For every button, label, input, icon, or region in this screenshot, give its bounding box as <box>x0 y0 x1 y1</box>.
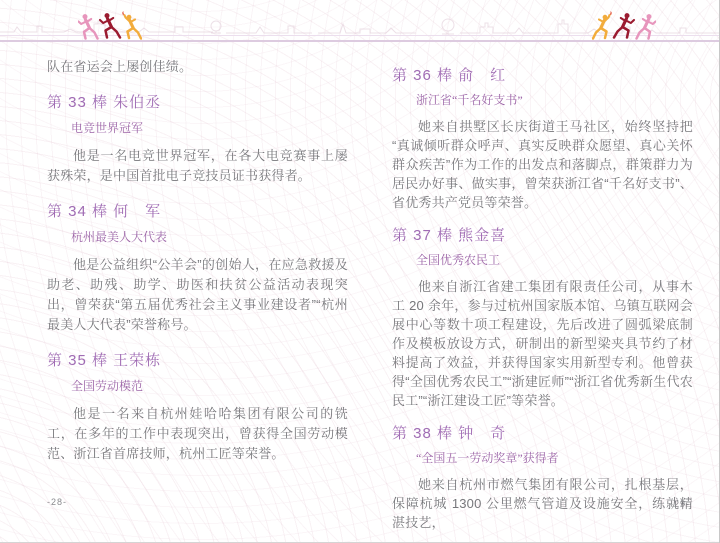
page-header-band <box>0 0 720 46</box>
section-subtitle-37: 全国优秀农民工 <box>416 254 693 267</box>
section-title-34: 第 34 棒 何 军 <box>47 204 348 220</box>
torch-relay-runners-icon <box>592 11 656 42</box>
torch-relay-runners-icon-mirrored <box>78 11 142 42</box>
section-subtitle-36: 浙江省“千名好支书” <box>416 94 693 107</box>
right-page-column: 第 36 棒 俞 红 浙江省“千名好支书” 她来自拱墅区长庆街道王马社区，始终坚… <box>392 52 693 532</box>
torch-flame-icon <box>610 11 612 15</box>
section-title-33: 第 33 棒 朱伯丞 <box>47 95 348 111</box>
book-spread: { "document": { "left_page": { "page_num… <box>0 0 720 543</box>
section-body-34: 他是公益组织“公羊会”的创始人，在应急救援及助老、助残、助学、助医和扶贫公益活动… <box>47 255 348 335</box>
page-number-right: -29- <box>670 499 690 509</box>
torch-flame-icon <box>122 11 124 15</box>
section-body-36: 她来自拱墅区长庆街道王马社区，始终坚持把“真诚倾听群众呼声、真实反映群众愿望、真… <box>392 117 693 212</box>
section-body-38: 她来自杭州市燃气集团有限公司，扎根基层，保障杭城 1300 公里燃气管道及设施安… <box>392 475 693 532</box>
section-body-37: 他来自浙江省建工集团有限责任公司，从事木工 20 余年，参与过杭州国家版本馆、乌… <box>392 277 693 410</box>
section-title-36: 第 36 棒 俞 红 <box>392 68 693 84</box>
section-subtitle-33: 电竞世界冠军 <box>71 122 348 135</box>
paragraph-continuation: 队在省运会上屡创佳绩。 <box>47 57 348 77</box>
section-subtitle-34: 杭州最美人大代表 <box>71 231 348 244</box>
section-title-38: 第 38 棒 钟 奇 <box>392 426 693 442</box>
section-subtitle-35: 全国劳动模范 <box>71 380 348 393</box>
section-subtitle-38: “全国五一劳动奖章”获得者 <box>416 452 693 465</box>
page-number-left: -28- <box>47 497 67 507</box>
section-title-37: 第 37 棒 熊金喜 <box>392 228 693 244</box>
section-body-35: 他是一名来自杭州娃哈哈集团有限公司的铣工，在多年的工作中表现突出，曾获得全国劳动… <box>47 404 348 464</box>
section-body-33: 他是一名电竞世界冠军，在各大电竞赛事上屡获殊荣，是中国首批电子竞技员证书获得者。 <box>47 146 348 186</box>
section-title-35: 第 35 棒 王荣栋 <box>47 353 348 369</box>
left-page-column: 队在省运会上屡创佳绩。 第 33 棒 朱伯丞 电竞世界冠军 他是一名电竞世界冠军… <box>47 57 348 464</box>
